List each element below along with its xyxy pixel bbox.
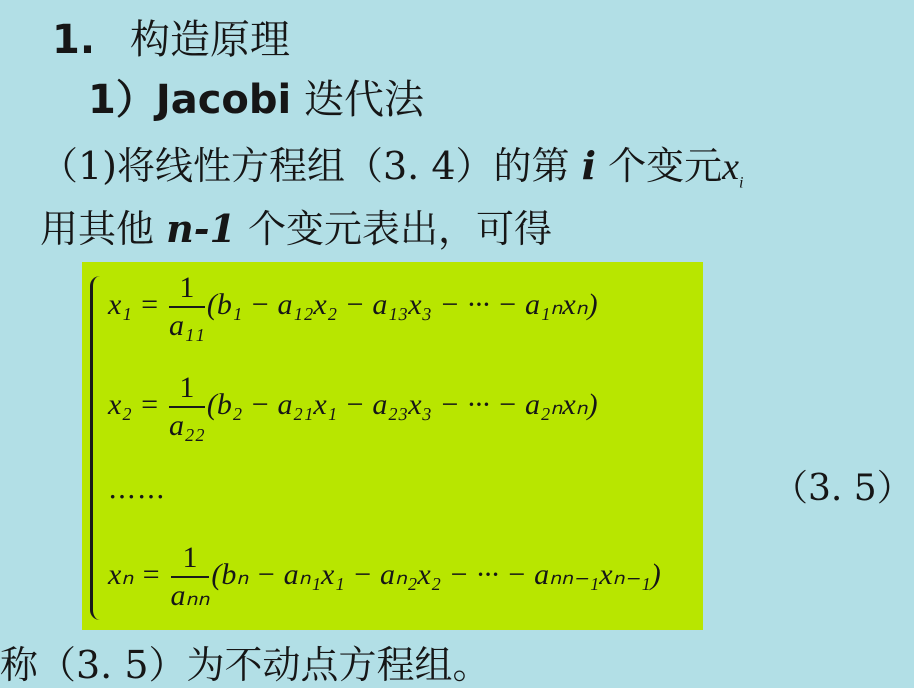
eq2-numerator: 1: [169, 370, 205, 408]
paragraph-2-prefix: 用其他: [40, 207, 154, 251]
eq1-rhs: (b₁ − a₁₂x₂ − a₁₃x₃ − ··· − a₁ₙxₙ): [207, 288, 598, 321]
subsection-number: 1）: [88, 77, 156, 123]
variable-i: i: [582, 143, 596, 188]
equation-ellipsis: ……: [108, 472, 166, 505]
eqn-denominator: aₙₙ: [171, 578, 210, 614]
eq2-denominator: a₂₂: [169, 408, 205, 444]
section-heading: 1.构造原理: [52, 8, 290, 65]
eq1-lhs: x₁ =: [108, 288, 160, 321]
eq2-rhs: (b₂ − a₂₁x₁ − a₂₃x₃ − ··· − a₂ₙxₙ): [207, 388, 598, 421]
equation-tag: （3. 5）: [772, 460, 913, 511]
eq1-fraction: 1a₁₁: [169, 270, 205, 344]
paragraph-2: 用其他 n-1 个变元表出，可得: [40, 198, 552, 253]
paragraph-3: 称（3. 5）为不动点方程组。: [0, 634, 491, 688]
eqn-lhs: xₙ =: [108, 558, 161, 591]
eq2-fraction: 1a₂₂: [169, 370, 205, 444]
section-title: 构造原理: [130, 17, 290, 63]
eqn-fraction: 1aₙₙ: [171, 540, 210, 614]
equation-row-1: x₁ = 1a₁₁(b₁ − a₁₂x₂ − a₁₃x₃ − ··· − a₁ₙ…: [108, 270, 598, 344]
left-brace-icon: [90, 276, 107, 620]
subsection-title: 迭代法: [304, 77, 424, 123]
equation-row-n: xₙ = 1aₙₙ(bₙ − aₙ₁x₁ − aₙ₂x₂ − ··· − aₙₙ…: [108, 540, 661, 614]
eqn-rhs: (bₙ − aₙ₁x₁ − aₙ₂x₂ − ··· − aₙₙ₋₁xₙ₋₁): [211, 558, 660, 591]
subsection-heading: 1）Jacobi 迭代法: [88, 68, 424, 125]
equation-system-box: x₁ = 1a₁₁(b₁ − a₁₂x₂ − a₁₃x₃ − ··· − a₁ₙ…: [82, 262, 703, 630]
paragraph-1-mid: 个变元: [608, 144, 722, 188]
variable-n-minus-1: n-1: [166, 206, 236, 251]
equation-row-2: x₂ = 1a₂₂(b₂ − a₂₁x₁ − a₂₃x₃ − ··· − a₂ₙ…: [108, 370, 598, 444]
paragraph-1-prefix: （1)将线性方程组（3. 4）的第: [40, 144, 570, 188]
eqn-numerator: 1: [171, 540, 210, 578]
paragraph-1: （1)将线性方程组（3. 4）的第 i 个变元xi: [40, 135, 743, 193]
section-number: 1.: [52, 17, 130, 63]
paragraph-2-suffix: 个变元表出，可得: [248, 207, 552, 251]
method-name: Jacobi: [156, 77, 291, 123]
eq1-numerator: 1: [169, 270, 205, 308]
eq1-denominator: a₁₁: [169, 308, 205, 344]
eq2-lhs: x₂ =: [108, 388, 160, 421]
